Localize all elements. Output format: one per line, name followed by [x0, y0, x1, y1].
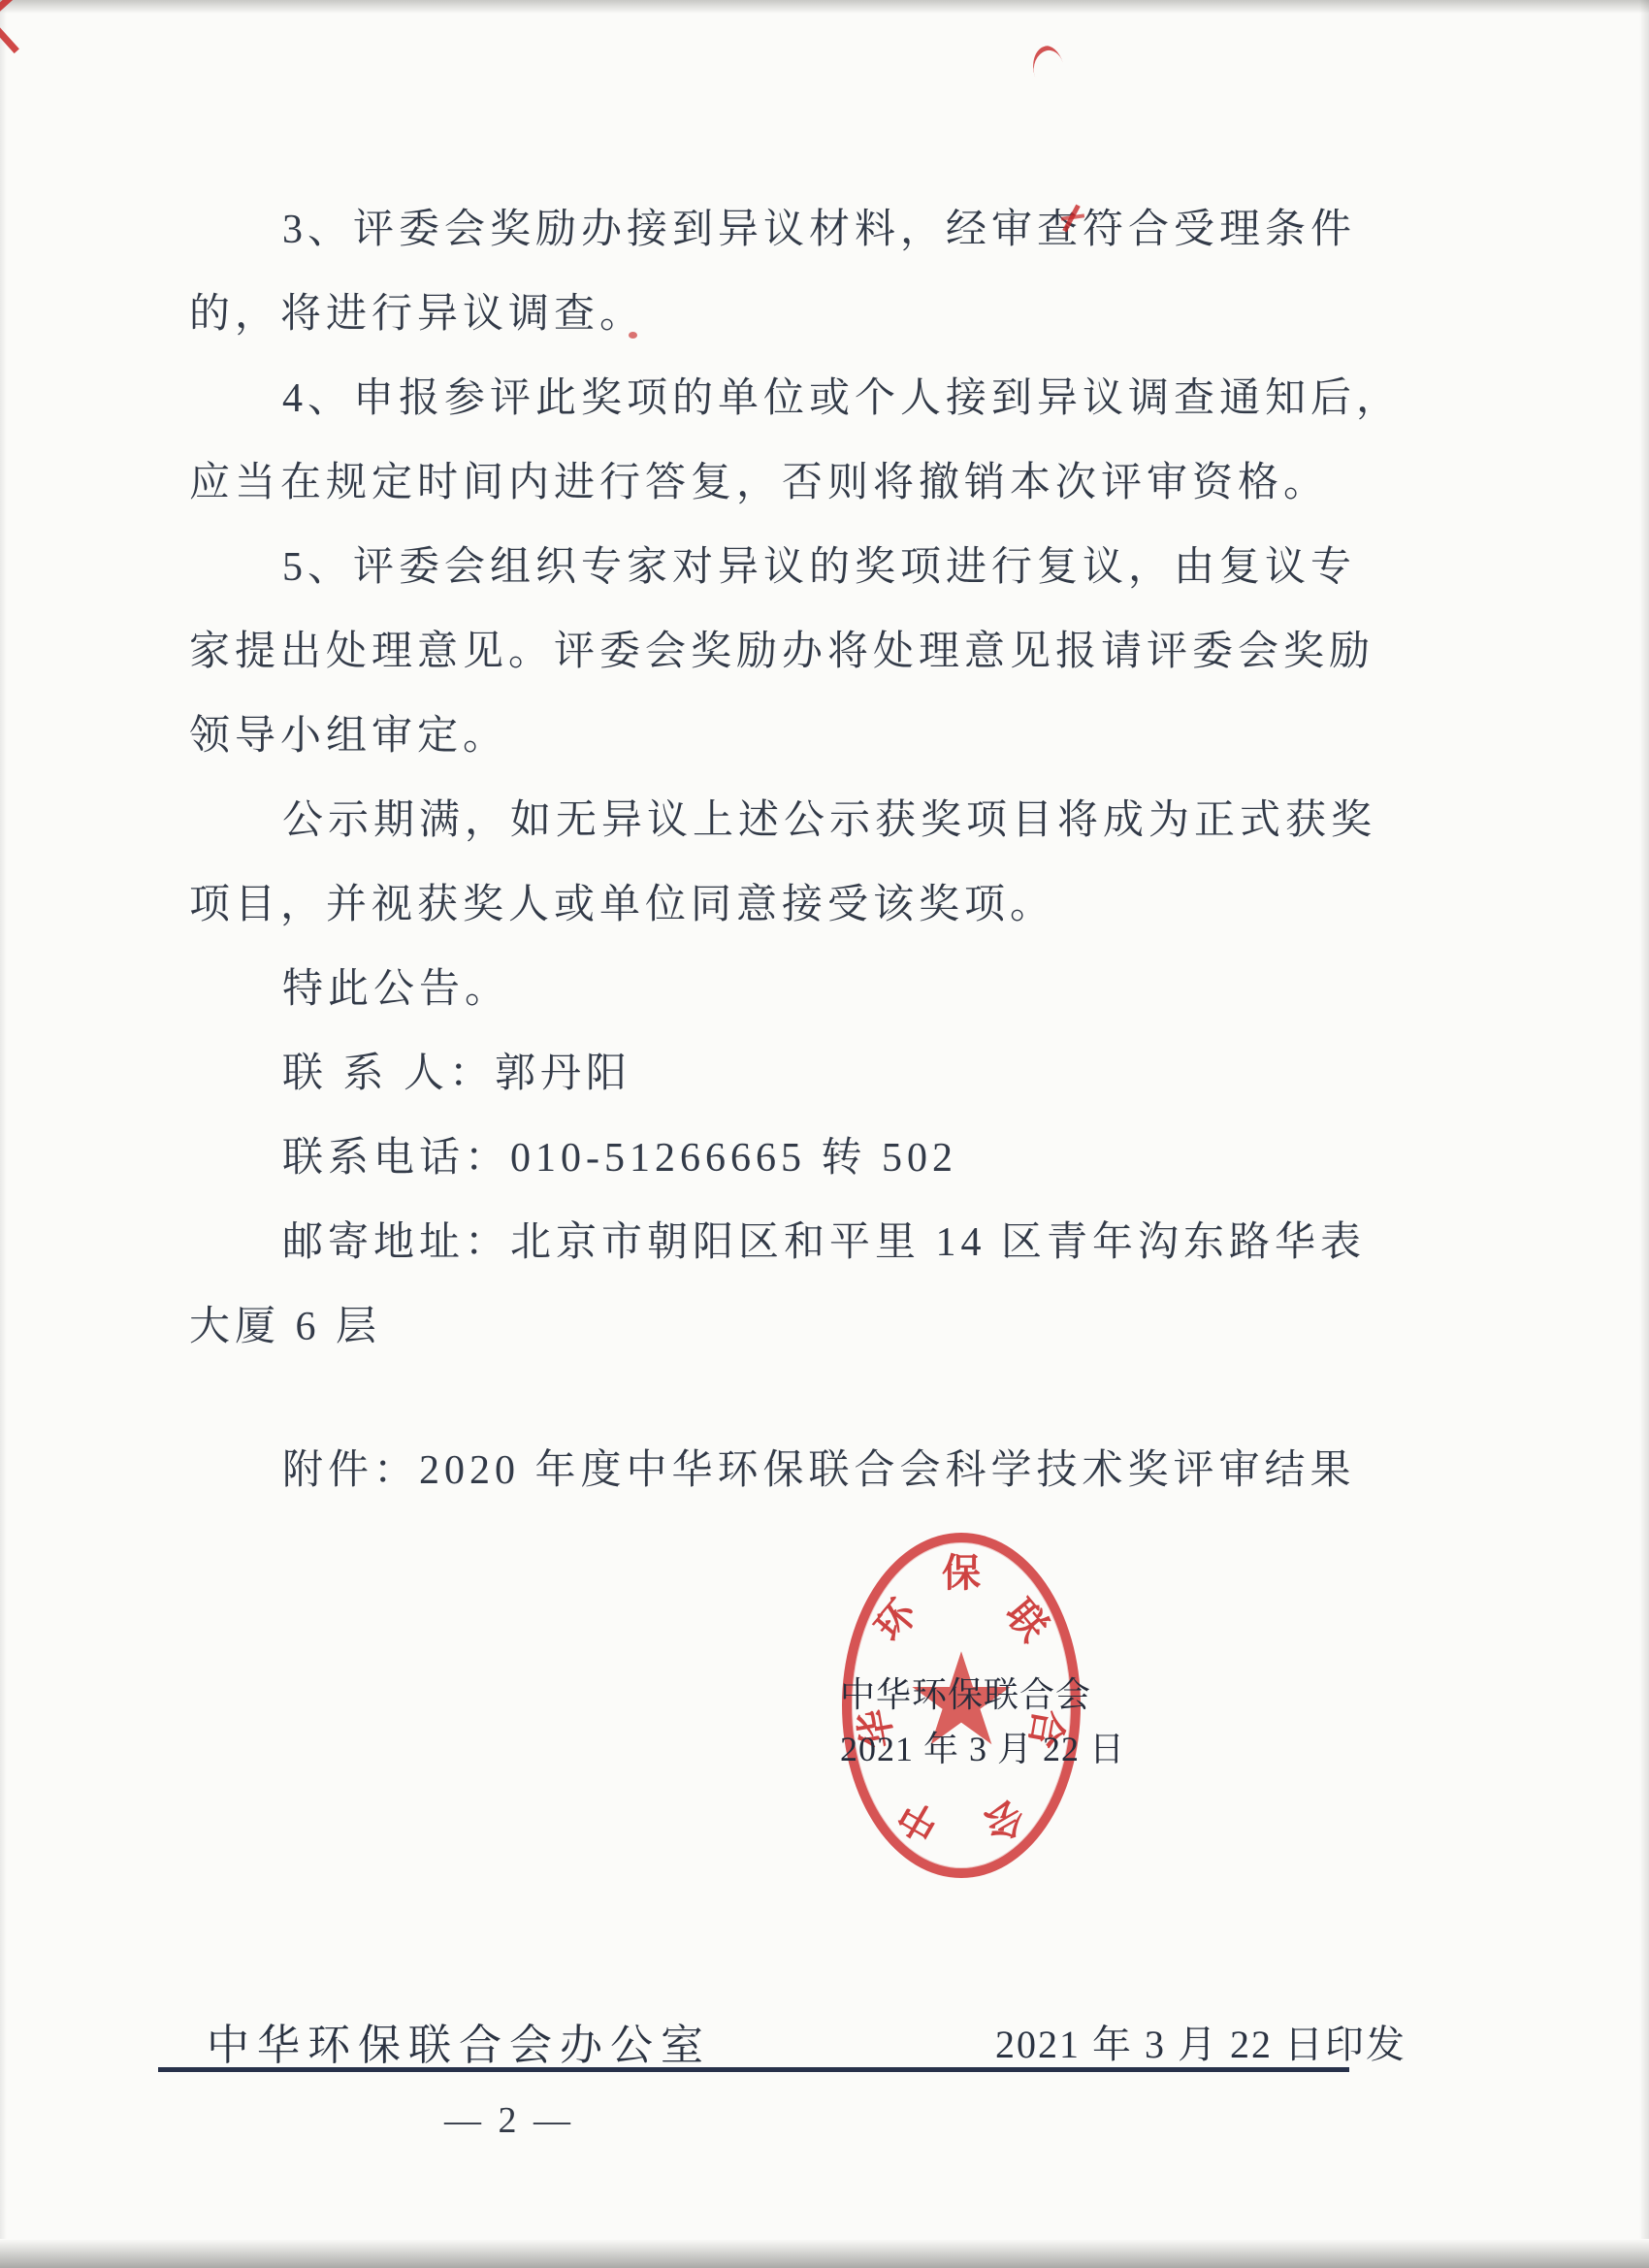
body-line: 特此公告。	[189, 948, 1605, 1032]
scan-edge-bottom	[0, 2239, 1649, 2268]
body-line: 应当在规定时间内进行答复，否则将撤销本次评审资格。	[189, 441, 1605, 526]
footer-rule	[158, 2067, 1349, 2072]
seal-ring-char: 保	[940, 1552, 983, 1595]
scan-edge-left	[0, 0, 7, 2268]
attachment-line: 附件：2020 年度中华环保联合会科学技术奖评审结果	[282, 1429, 1356, 1513]
document-page: 3、评委会奖励办接到异议材料，经审查符合受理条件的，将进行异议调查。4、申报参评…	[0, 0, 1649, 2268]
signature-block: 中华环保联合会 2021 年 3 月 22 日	[840, 1668, 1125, 1776]
body-line: 家提出处理意见。评委会奖励办将处理意见报请评委会奖励	[189, 610, 1605, 695]
body-line: 大厦 6 层	[189, 1285, 1605, 1370]
scan-edge-top	[0, 0, 1649, 14]
page-number: — 2 —	[427, 2099, 592, 2142]
body-line: 领导小组审定。	[189, 695, 1605, 779]
scan-artifact-dot-icon	[629, 332, 637, 339]
body-line: 项目，并视获奖人或单位同意接受该奖项。	[189, 863, 1605, 948]
scan-artifact-top-right-icon	[1027, 43, 1065, 78]
signature-org: 中华环保联合会	[840, 1668, 1125, 1722]
body-line: 公示期满，如无异议上述公示获奖项目将成为正式获奖	[189, 779, 1605, 863]
body-text: 3、评委会奖励办接到异议材料，经审查符合受理条件的，将进行异议调查。4、申报参评…	[189, 188, 1605, 1370]
body-line: 的，将进行异议调查。	[189, 273, 1605, 357]
body-line: 4、申报参评此奖项的单位或个人接到异议调查通知后，	[189, 357, 1605, 441]
scan-edge-right	[1639, 0, 1649, 2268]
footer-print-date: 2021 年 3 月 22 日印发	[995, 2014, 1406, 2069]
body-line: 联系电话：010-51266665 转 502	[189, 1117, 1605, 1201]
body-line: 3、评委会奖励办接到异议材料，经审查符合受理条件	[189, 188, 1605, 273]
body-line: 邮寄地址：北京市朝阳区和平里 14 区青年沟东路华表	[189, 1201, 1605, 1285]
footer-issuer: 中华环保联合会办公室	[207, 2010, 711, 2072]
signature-date: 2021 年 3 月 22 日	[840, 1722, 1125, 1776]
body-line: 联 系 人：郭丹阳	[189, 1032, 1605, 1117]
body-line: 5、评委会组织专家对异议的奖项进行复议，由复议专	[189, 526, 1605, 610]
